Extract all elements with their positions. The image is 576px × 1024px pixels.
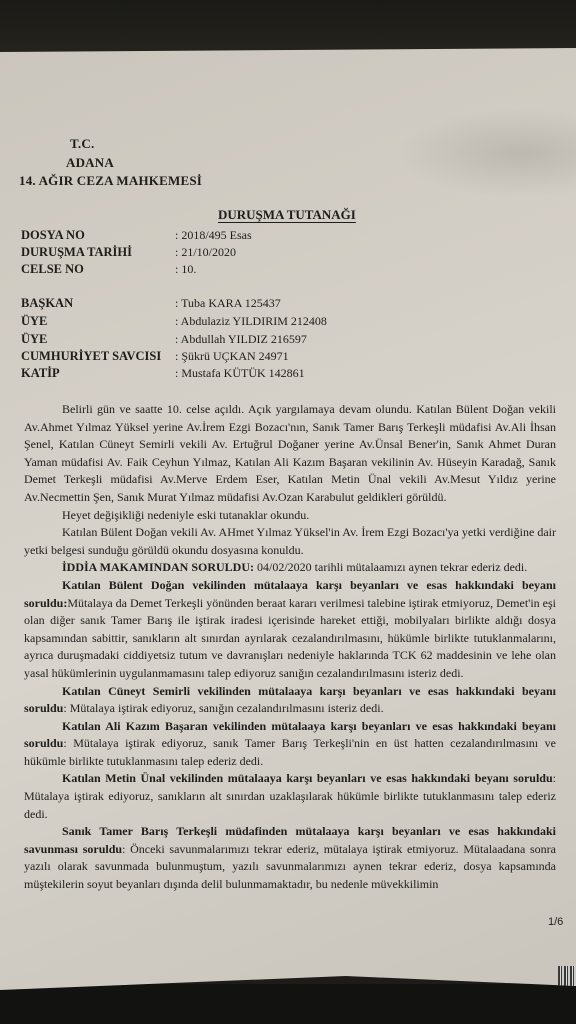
panel-role: CUMHURİYET SAVCISI <box>21 349 175 364</box>
paragraph: Katılan Bülent Doğan vekili Av. AHmet Yı… <box>24 524 556 559</box>
case-info-label: DOSYA NO <box>21 228 175 243</box>
paragraph-text: : Mütalaya iştirak ediyoruz, sanık Tamer… <box>24 736 556 768</box>
paragraph: Heyet değişikliği nedeniyle eski tutanak… <box>24 507 556 525</box>
paper-shadow <box>396 108 576 198</box>
paragraph: Belirli gün ve saatte 10. celse açıldı. … <box>24 401 556 507</box>
panel-role: ÜYE <box>21 332 175 347</box>
header-tc: T.C. <box>70 136 94 152</box>
paragraph: Katılan Metin Ünal vekilinden mütalaaya … <box>24 770 556 823</box>
case-info-label: DURUŞMA TARİHİ <box>21 245 175 260</box>
paragraph-text: : Mütalaya iştirak ediyoruz, sanığın cez… <box>63 701 383 715</box>
case-info-label: CELSE NO <box>21 262 175 277</box>
case-info-value: : 2018/495 Esas <box>175 228 252 243</box>
panel-role: BAŞKAN <box>21 296 175 311</box>
hearing-minutes-body: Belirli gün ve saatte 10. celse açıldı. … <box>24 401 556 894</box>
page-number: 1/6 <box>548 916 563 928</box>
paragraph-text: Heyet değişikliği nedeniyle eski tutanak… <box>62 508 309 522</box>
panel-name: : Mustafa KÜTÜK 142861 <box>175 366 305 381</box>
document-title: DURUŞMA TUTANAĞI <box>218 207 356 223</box>
case-info-row: CELSE NO : 10. <box>21 262 196 277</box>
paragraph-text: 04/02/2020 tarihli mütalaamızı aynen tek… <box>254 560 527 574</box>
paragraph-text: Belirli gün ve saatte 10. celse açıldı. … <box>24 402 556 504</box>
panel-role: KATİP <box>21 366 175 381</box>
background-surface-bottom <box>0 984 576 1024</box>
panel-row: CUMHURİYET SAVCISI : Şükrü UÇKAN 24971 <box>21 349 289 364</box>
panel-row: ÜYE : Abdullah YILDIZ 216597 <box>21 332 307 347</box>
paragraph-heading: İDDİA MAKAMINDAN SORULDU: <box>62 560 254 574</box>
case-info-row: DURUŞMA TARİHİ : 21/10/2020 <box>21 245 236 260</box>
panel-row: ÜYE : Abdulaziz YILDIRIM 212408 <box>21 314 327 329</box>
paragraph: Katılan Cüneyt Semirli vekilinden mütala… <box>24 683 556 718</box>
panel-name: : Tuba KARA 125437 <box>175 296 281 311</box>
panel-row: KATİP : Mustafa KÜTÜK 142861 <box>21 366 305 381</box>
case-info-value: : 21/10/2020 <box>175 245 236 260</box>
header-city: ADANA <box>66 155 114 171</box>
paragraph-text: Mütalaya da Demet Terkeşli yönünden bera… <box>24 596 556 680</box>
paragraph-heading: Katılan Metin Ünal vekilinden mütalaaya … <box>62 771 553 785</box>
panel-name: : Şükrü UÇKAN 24971 <box>175 349 289 364</box>
panel-row: BAŞKAN : Tuba KARA 125437 <box>21 296 281 311</box>
panel-name: : Abdulaziz YILDIRIM 212408 <box>175 314 327 329</box>
paragraph-text: Katılan Bülent Doğan vekili Av. AHmet Yı… <box>24 525 556 557</box>
panel-role: ÜYE <box>21 314 175 329</box>
case-info-value: : 10. <box>175 262 196 277</box>
panel-name: : Abdullah YILDIZ 216597 <box>175 332 307 347</box>
header-court: 14. AĞIR CEZA MAHKEMESİ <box>19 173 202 189</box>
paragraph: İDDİA MAKAMINDAN SORULDU: 04/02/2020 tar… <box>24 559 556 577</box>
paragraph: Katılan Ali Kazım Başaran vekilinden müt… <box>24 718 556 771</box>
paragraph: Katılan Bülent Doğan vekilinden mütalaay… <box>24 577 556 683</box>
paragraph: Sanık Tamer Barış Terkeşli müdafinden mü… <box>24 823 556 893</box>
document-page: T.C. ADANA 14. AĞIR CEZA MAHKEMESİ DURUŞ… <box>0 48 576 990</box>
case-info-row: DOSYA NO : 2018/495 Esas <box>21 228 252 243</box>
